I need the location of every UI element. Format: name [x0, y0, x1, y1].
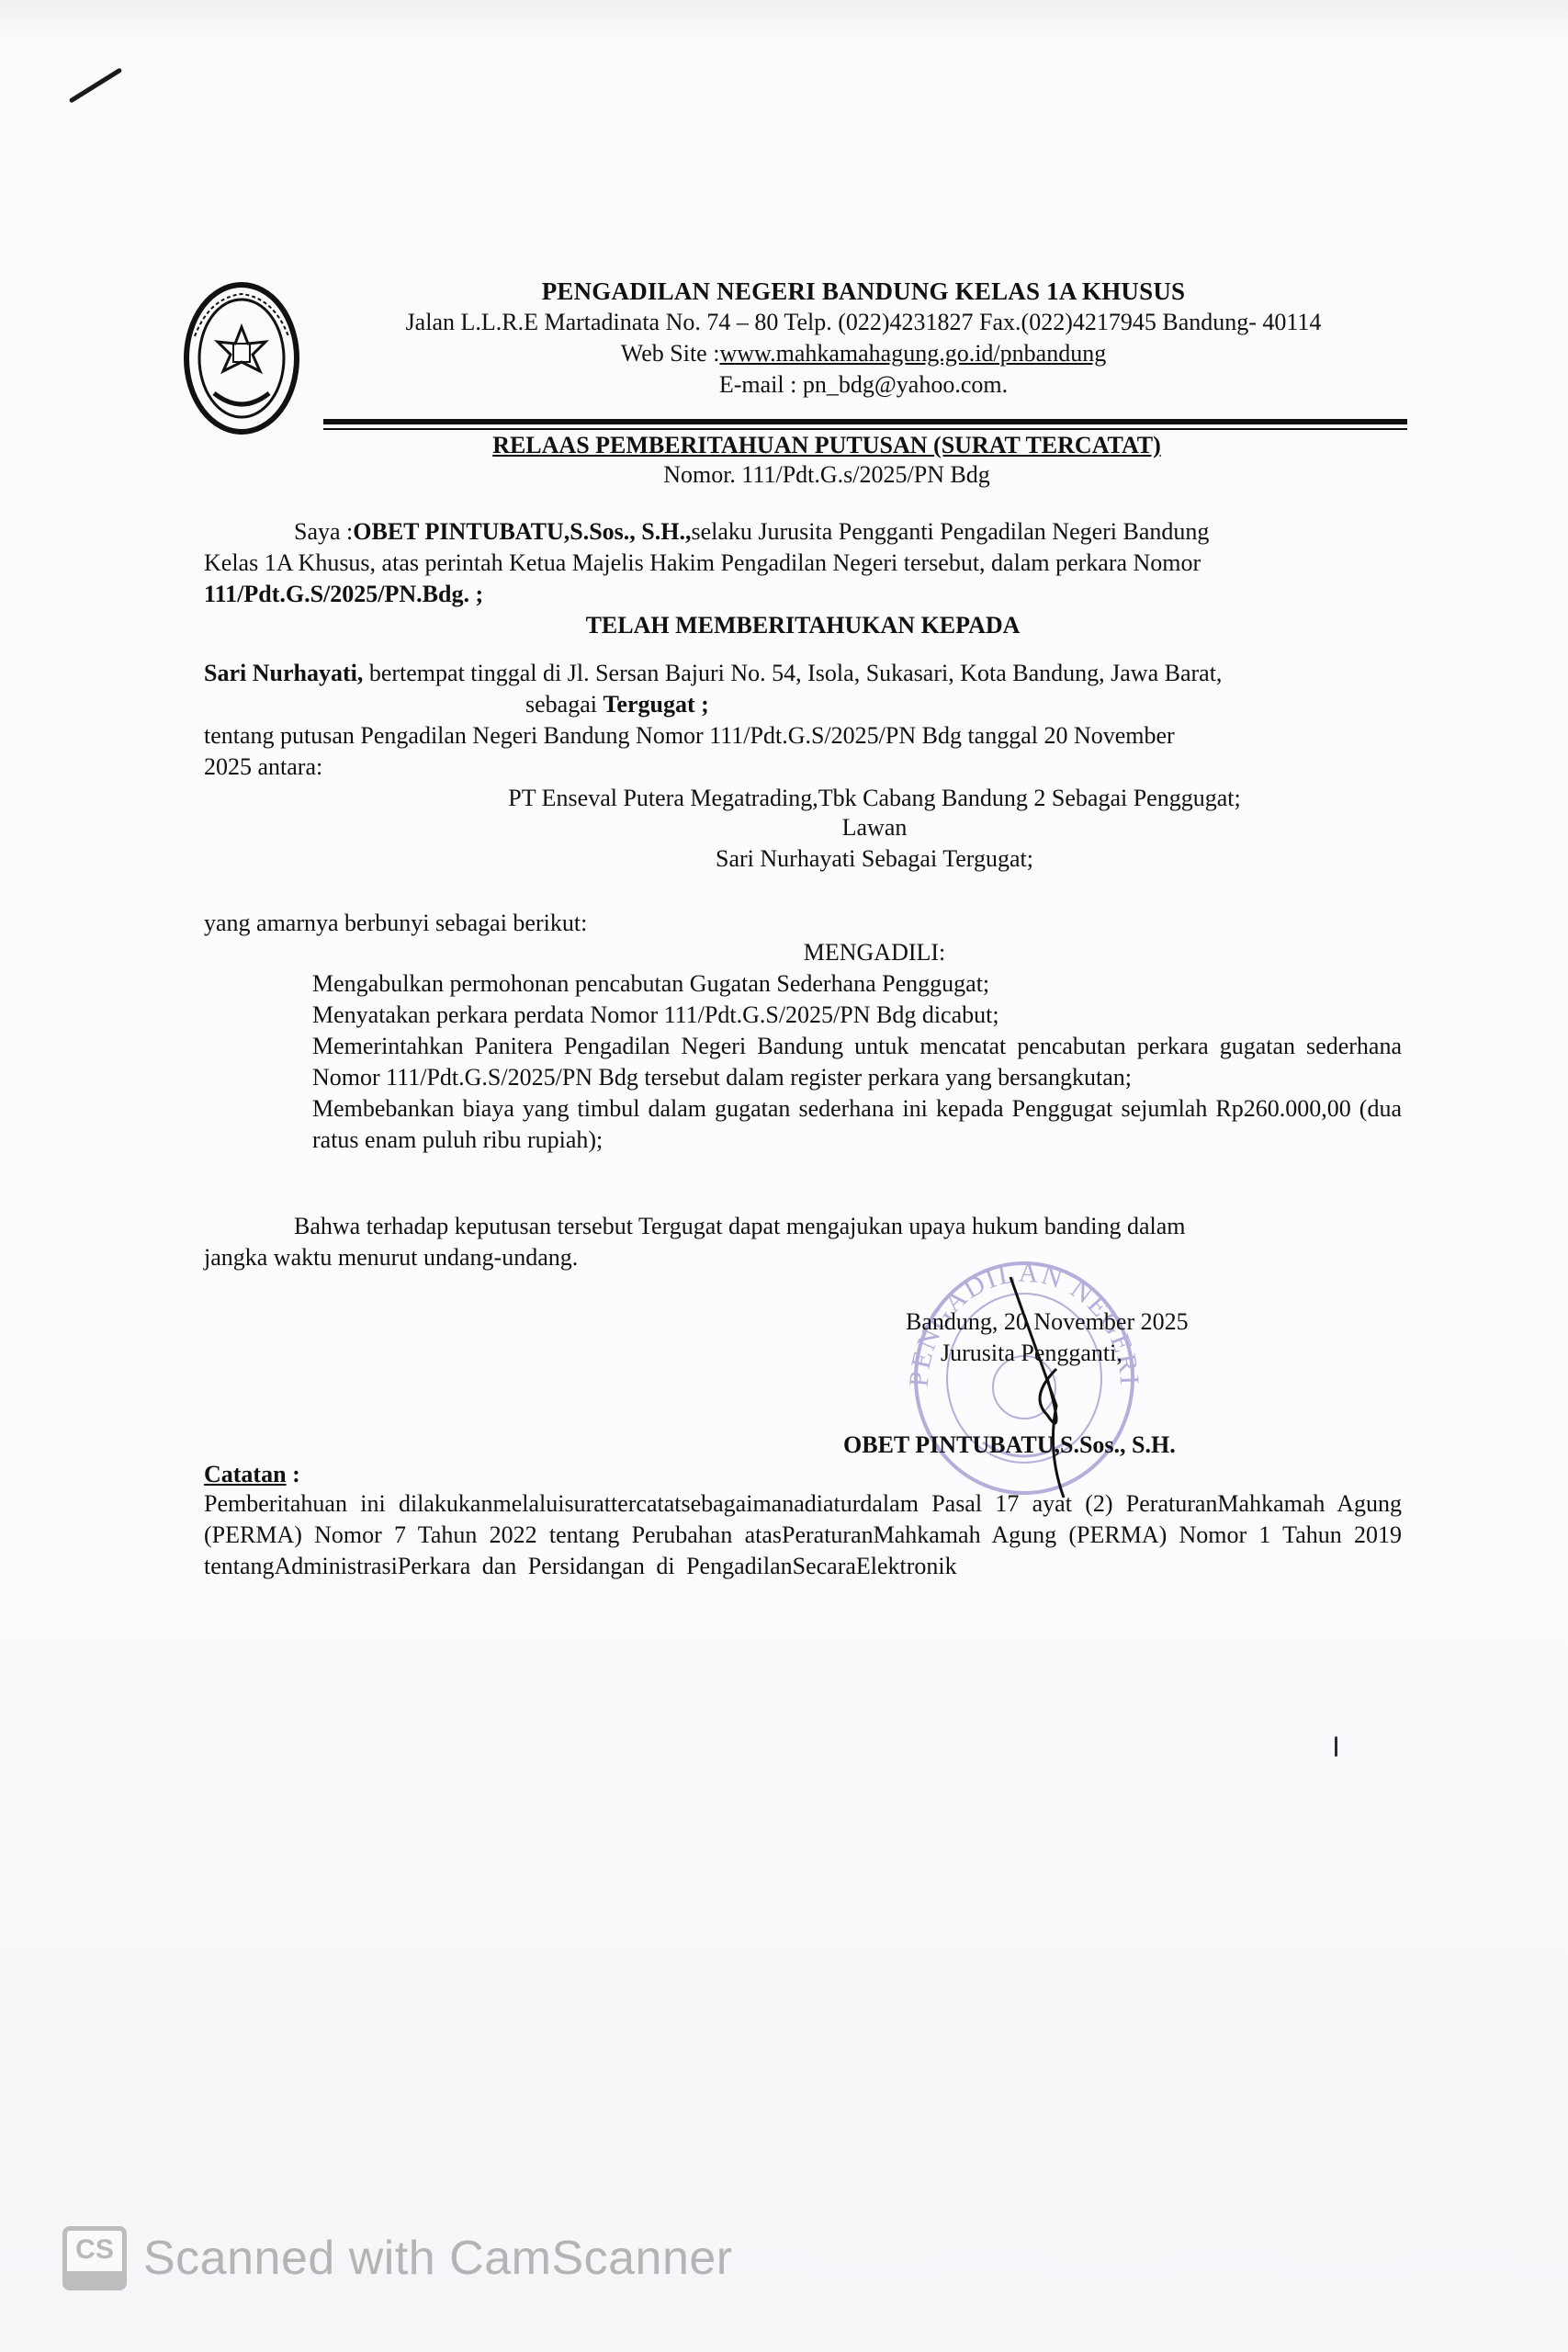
opening-line1: selaku Jurusita Pengganti Pengadilan Neg…: [691, 518, 1209, 545]
decision-reference: tentang putusan Pengadilan Negeri Bandun…: [204, 720, 1402, 783]
court-email: E-mail : pn_bdg@yahoo.com.: [312, 369, 1415, 401]
notified-heading: TELAH MEMBERITAHUKAN KEPADA: [204, 610, 1402, 641]
verdict-item: Mengabulkan permohonan pencabutan Gugata…: [312, 968, 1402, 1000]
court-address: Jalan L.L.R.E Martadinata No. 74 – 80 Te…: [312, 307, 1415, 338]
camscanner-logo-text: CS: [67, 2234, 122, 2266]
website-label: Web Site :: [621, 340, 720, 367]
verdict-item: Menyatakan perkara perdata Nomor 111/Pdt…: [312, 1000, 1402, 1031]
verdict-item: Memerintahkan Panitera Pengadilan Negeri…: [312, 1031, 1402, 1093]
recipient-role: Tergugat ;: [603, 691, 708, 718]
letterhead-divider: [323, 419, 1407, 424]
court-name: PENGADILAN NEGERI BANDUNG KELAS 1A KHUSU…: [312, 276, 1415, 307]
camscanner-watermark: CS Scanned with CamScanner: [62, 2222, 733, 2295]
officer-name: OBET PINTUBATU,S.Sos., S.H.,: [353, 518, 691, 545]
appeal-note: Bahwa terhadap keputusan tersebut Tergug…: [204, 1211, 1402, 1273]
signature-block: Bandung, 20 November 2025 Jurusita Pengg…: [906, 1306, 1189, 1369]
verdict-item: Membebankan biaya yang timbul dalam guga…: [312, 1093, 1402, 1156]
watermark-text: Scanned with CamScanner: [143, 2231, 733, 2286]
appeal-line2: jangka waktu menurut undang-undang.: [204, 1242, 1402, 1273]
camscanner-logo-icon: CS: [62, 2226, 127, 2290]
letterhead: PENGADILAN NEGERI BANDUNG KELAS 1A KHUSU…: [312, 276, 1415, 401]
plaintiff-line: PT Enseval Putera Megatrading,Tbk Cabang…: [276, 783, 1473, 814]
website-link[interactable]: www.mahkamahagung.go.id/pnbandung: [719, 340, 1106, 367]
recipient-name: Sari Nurhayati,: [204, 660, 363, 686]
opening-line2: Kelas 1A Khusus, atas perintah Ketua Maj…: [204, 548, 1402, 579]
opening-case-number: 111/Pdt.G.S/2025/PN.Bdg. ;: [204, 579, 1402, 610]
recipient-paragraph: Sari Nurhayati, bertempat tinggal di Jl.…: [204, 658, 1402, 720]
appeal-line1: Bahwa terhadap keputusan tersebut Tergug…: [204, 1211, 1402, 1242]
recipient-role-prefix: sebagai: [525, 691, 603, 718]
recipient-address: bertempat tinggal di Jl. Sersan Bajuri N…: [363, 660, 1222, 686]
verdict-list: Mengabulkan permohonan pencabutan Gugata…: [312, 968, 1402, 1156]
signer-position: Jurusita Pengganti,: [906, 1338, 1189, 1369]
note-text: Pemberitahuan ini dilakukanmelaluisuratt…: [204, 1488, 1402, 1582]
decision-ref-line1: tentang putusan Pengadilan Negeri Bandun…: [204, 720, 1402, 752]
document-number: Nomor. 111/Pdt.G.s/2025/PN Bdg: [331, 459, 1323, 491]
defendant-line: Sari Nurhayati Sebagai Tergugat;: [276, 843, 1473, 875]
signature-icon: [992, 1268, 1102, 1507]
court-logo-icon: [182, 281, 301, 435]
opening-paragraph: Saya :OBET PINTUBATU,S.Sos., S.H.,selaku…: [204, 516, 1402, 610]
verdict-heading: MENGADILI:: [276, 937, 1473, 968]
court-website-line: Web Site :www.mahkamahagung.go.id/pnband…: [312, 338, 1415, 369]
pen-mark: [1335, 1736, 1337, 1757]
document-title: RELAAS PEMBERITAHUAN PUTUSAN (SURAT TERC…: [331, 430, 1323, 461]
place-date: Bandung, 20 November 2025: [906, 1306, 1189, 1338]
versus-line: Lawan: [276, 812, 1473, 843]
note-label: Catatan :: [204, 1459, 300, 1490]
note-label-text: Catatan: [204, 1461, 287, 1487]
signer-name: OBET PINTUBATU,S.Sos., S.H.: [843, 1430, 1176, 1461]
verdict-intro: yang amarnya berbunyi sebagai berikut:: [204, 908, 1402, 939]
note-label-colon: :: [287, 1461, 300, 1487]
decision-ref-line2: 2025 antara:: [204, 752, 1402, 783]
opening-prefix: Saya :: [294, 518, 353, 545]
